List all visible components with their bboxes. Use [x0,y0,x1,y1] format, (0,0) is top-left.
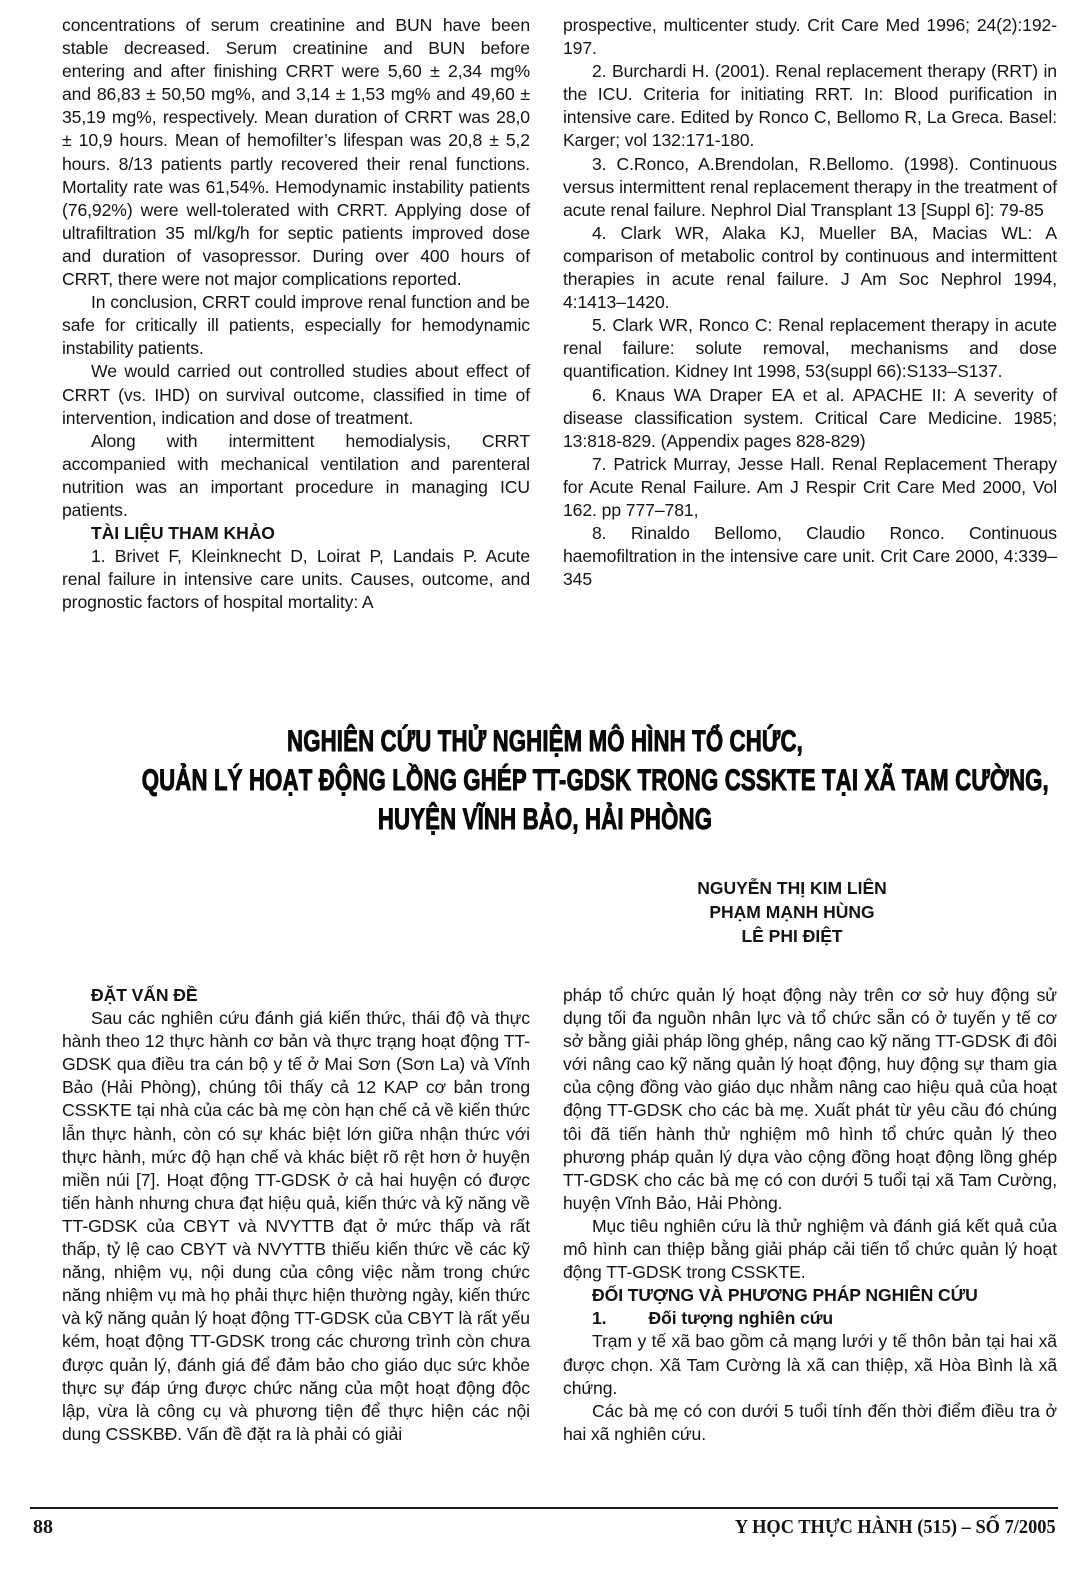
summary-paragraph: Along with intermittent hemodialysis, CR… [62,430,530,522]
section-heading-introduction: ĐẶT VẤN ĐỀ [62,984,530,1007]
page-number: 88 [33,1516,53,1539]
reference-item: 3. C.Ronco, A.Brendolan, R.Bellomo. (199… [563,153,1057,222]
subjects-paragraph: Trạm y tế xã bao gồm cả mạng lưới y tế t… [563,1330,1057,1399]
references-heading: TÀI LIỆU THAM KHẢO [62,522,530,545]
footer-divider [30,1507,1058,1509]
abstract-continuation-paragraph: concentrations of serum creatinine and B… [62,14,530,291]
reference-item: 1. Brivet F, Kleinknecht D, Loirat P, La… [62,545,530,614]
reference-item: 8. Rinaldo Bellomo, Claudio Ronco. Conti… [563,522,1057,591]
article-right-column: pháp tổ chức quản lý hoạt động này trên … [563,984,1057,1446]
subsection-title: Đối tượng nghiên cứu [648,1308,833,1328]
subsection-number: 1. [592,1308,606,1328]
title-line: HUYỆN VĨNH BẢO, HẢI PHÒNG [142,800,949,839]
introduction-paragraph-continuation: pháp tổ chức quản lý hoạt động này trên … [563,984,1057,1215]
reference-item: 5. Clark WR, Ronco C: Renal replacement … [563,314,1057,383]
author-name: NGUYỄN THỊ KIM LIÊN [612,876,972,900]
title-line: QUẢN LÝ HOẠT ĐỘNG LỒNG GHÉP TT-GDSK TRON… [142,761,949,800]
section-heading-methods: ĐỐI TƯỢNG VÀ PHƯƠNG PHÁP NGHIÊN CỨU [563,1284,1057,1307]
title-line: NGHIÊN CỨU THỬ NGHIỆM MÔ HÌNH TỔ CHỨC, [142,722,949,761]
previous-article-left-column: concentrations of serum creatinine and B… [62,14,530,614]
reference-item: 2. Burchardi H. (2001). Renal replacemen… [563,60,1057,152]
conclusion-paragraph: In conclusion, CRRT could improve renal … [62,291,530,360]
article-title: NGHIÊN CỨU THỬ NGHIỆM MÔ HÌNH TỔ CHỨC, Q… [142,722,949,839]
author-list: NGUYỄN THỊ KIM LIÊN PHẠM MẠNH HÙNG LÊ PH… [612,876,972,948]
reference-item: 7. Patrick Murray, Jesse Hall. Renal Rep… [563,453,1057,522]
journal-issue: Y HỌC THỰC HÀNH (515) – SỐ 7/2005 [735,1516,1056,1539]
author-name: PHẠM MẠNH HÙNG [612,900,972,924]
objective-paragraph: Mục tiêu nghiên cứu là thử nghiệm và đán… [563,1215,1057,1284]
subsection-heading-subjects: 1.Đối tượng nghiên cứu [563,1307,1057,1330]
references-right-column: prospective, multicenter study. Crit Car… [563,14,1057,591]
reference-continuation: prospective, multicenter study. Crit Car… [563,14,1057,60]
subjects-paragraph: Các bà mẹ có con dưới 5 tuổi tính đến th… [563,1400,1057,1446]
article-left-column: ĐẶT VẤN ĐỀ Sau các nghiên cứu đánh giá k… [62,984,530,1446]
reference-item: 4. Clark WR, Alaka KJ, Mueller BA, Macia… [563,222,1057,314]
introduction-paragraph: Sau các nghiên cứu đánh giá kiến thức, t… [62,1007,530,1446]
reference-item: 6. Knaus WA Draper EA et al. APACHE II: … [563,384,1057,453]
author-name: LÊ PHI ĐIỆT [612,924,972,948]
future-studies-paragraph: We would carried out controlled studies … [62,360,530,429]
